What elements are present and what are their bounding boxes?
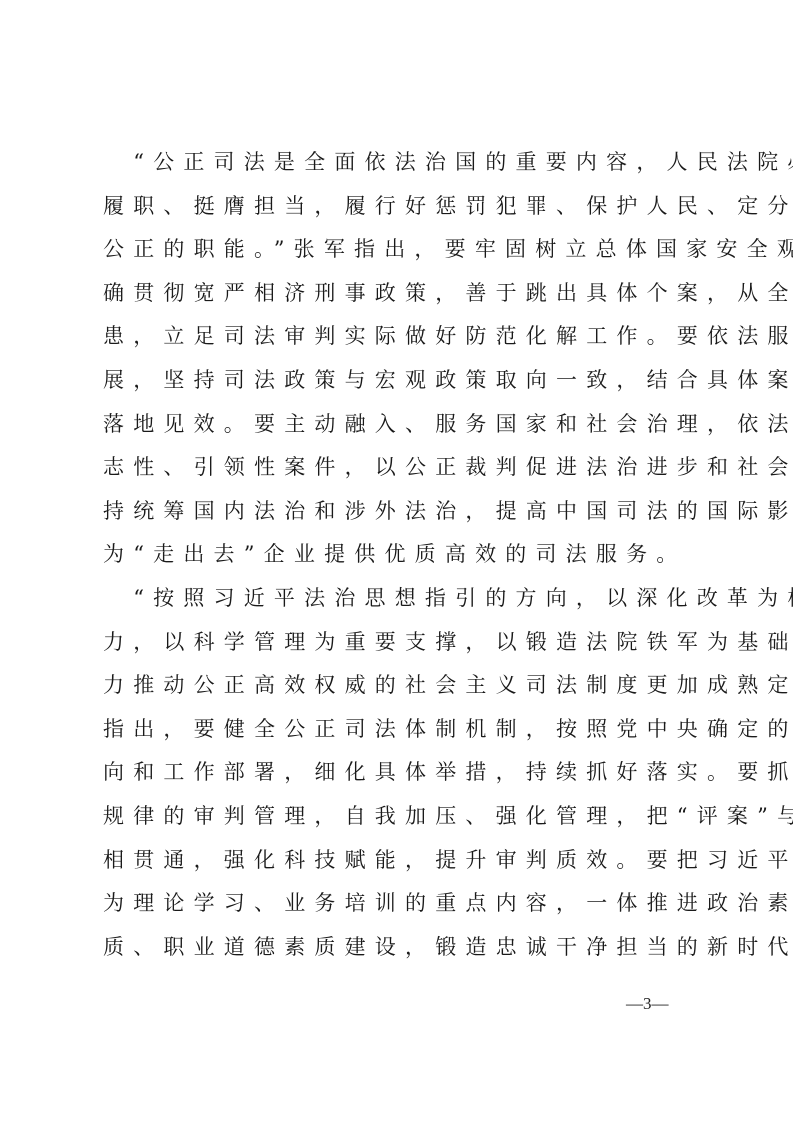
text-line: 落地见效。要主动融入、服务国家和社会治理，依法妥善审理标 bbox=[103, 403, 693, 447]
text-line: “公正司法是全面依法治国的重要内容，人民法院必须忠诚 bbox=[103, 141, 693, 185]
text-line: 为理论学习、业务培训的重点内容，一体推进政治素质、业务素 bbox=[103, 882, 693, 926]
text-line: 展，坚持司法政策与宏观政策取向一致，结合具体案件促推政策 bbox=[103, 359, 693, 403]
body-text: “公正司法是全面依法治国的重要内容，人民法院必须忠诚 履职、挺膺担当，履行好惩罚… bbox=[103, 141, 693, 969]
text-line: 履职、挺膺担当，履行好惩罚犯罪、保护人民、定分止争、维护 bbox=[103, 185, 693, 229]
text-line: 质、职业道德素质建设，锻造忠诚干净担当的新时代法院铁军。 bbox=[103, 926, 693, 970]
text-line: 向和工作部署，细化具体举措，持续抓好落实。要抓实符合司法 bbox=[103, 751, 693, 795]
text-line: 力，以科学管理为重要支撑，以锻造法院铁军为基础性保障，努 bbox=[103, 621, 693, 665]
text-line: 公正的职能。”张军指出，要牢固树立总体国家安全观，全面准 bbox=[103, 228, 693, 272]
text-line: “按照习近平法治思想指引的方向，以深化改革为根本动 bbox=[103, 577, 693, 621]
text-line: 力推动公正高效权威的社会主义司法制度更加成熟定型。”张军 bbox=[103, 664, 693, 708]
paragraph-2: “按照习近平法治思想指引的方向，以深化改革为根本动 力，以科学管理为重要支撑，以… bbox=[103, 577, 693, 969]
paragraph-1: “公正司法是全面依法治国的重要内容，人民法院必须忠诚 履职、挺膺担当，履行好惩罚… bbox=[103, 141, 693, 577]
text-line: 相贯通，强化科技赋能，提升审判质效。要把习近平法治思想作 bbox=[103, 839, 693, 883]
text-line: 持统筹国内法治和涉外法治，提高中国司法的国际影响力，积极 bbox=[103, 490, 693, 534]
text-line: 指出，要健全公正司法体制机制，按照党中央确定的司法改革方 bbox=[103, 708, 693, 752]
text-line: 规律的审判管理，自我加压、强化管理，把“评案”与“考人” bbox=[103, 795, 693, 839]
document-page: “公正司法是全面依法治国的重要内容，人民法院必须忠诚 履职、挺膺担当，履行好惩罚… bbox=[0, 0, 793, 1122]
page-number: —3— bbox=[626, 994, 669, 1014]
text-line: 确贯彻宽严相济刑事政策，善于跳出具体个案，从全局看风险隐 bbox=[103, 272, 693, 316]
text-line: 为“走出去”企业提供优质高效的司法服务。 bbox=[103, 533, 693, 577]
text-line: 志性、引领性案件，以公正裁判促进法治进步和社会发展。要坚 bbox=[103, 446, 693, 490]
text-line: 患，立足司法审判实际做好防范化解工作。要依法服务高质量发 bbox=[103, 315, 693, 359]
